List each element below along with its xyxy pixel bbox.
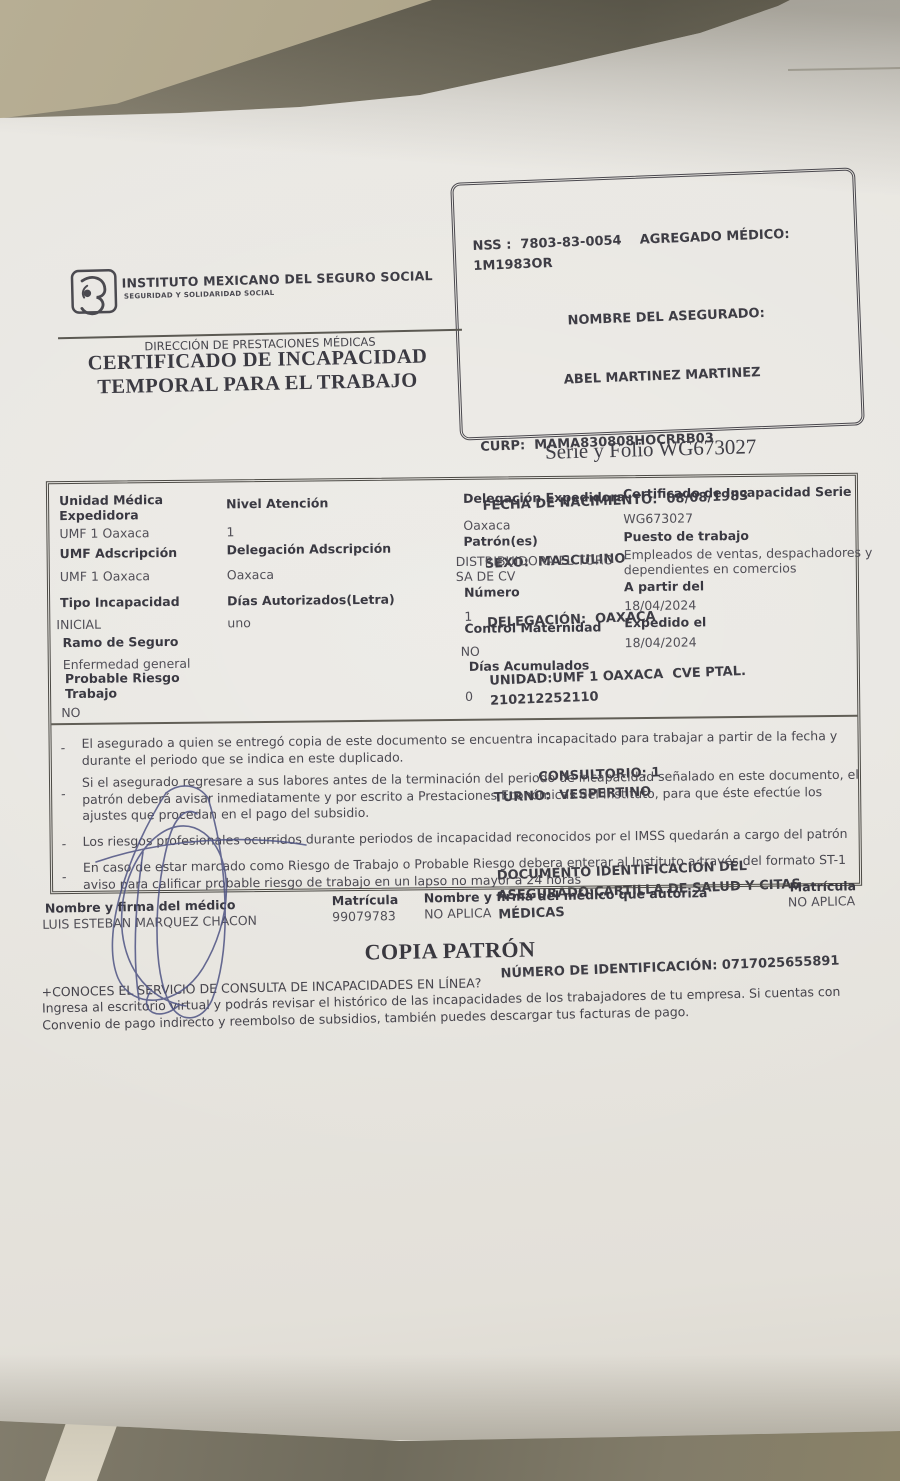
- certificate-document: NSS : 7803-83-0054 AGREGADO MÉDICO: 1M19…: [0, 0, 900, 1481]
- footer-block: +CONOCES EL SERVICIO DE CONSULTA DE INCA…: [0, 956, 900, 1055]
- field-label: Delegación Expedidora: [463, 489, 625, 506]
- field-label: Días Autorizados(Letra): [227, 592, 395, 609]
- matricula2-value: NO APLICA: [788, 893, 855, 909]
- matricula-label: Matrícula: [332, 892, 399, 908]
- document-paper: NSS : 7803-83-0054 AGREGADO MÉDICO: 1M19…: [0, 0, 900, 1481]
- authorizing-doctor-value: NO APLICA: [424, 905, 491, 921]
- field-value: Oaxaca: [463, 517, 510, 532]
- note-text: Los riesgos profesionales ocurridos dura…: [83, 826, 873, 851]
- field-value: Oaxaca: [227, 567, 274, 582]
- field-label: Delegación Adscripción: [227, 541, 392, 558]
- scanned-document-photo: NSS : 7803-83-0054 AGREGADO MÉDICO: 1M19…: [0, 0, 900, 1481]
- nss-line: NSS : 7803-83-0054 AGREGADO MÉDICO: 1M19…: [472, 223, 845, 276]
- field-label: Unidad Médica Expedidora: [59, 492, 209, 524]
- insured-info-box: NSS : 7803-83-0054 AGREGADO MÉDICO: 1M19…: [450, 167, 865, 440]
- note-dash: -: [61, 740, 66, 755]
- field-value: UMF 1 Oaxaca: [59, 525, 149, 541]
- field-label: Probable Riesgo Trabajo: [65, 670, 193, 701]
- field-value: DISTRIBUIDORA EL TORO SA DE CV: [456, 552, 634, 584]
- authorizing-doctor-label: Nombre y firma del médico que autoriza: [424, 885, 708, 905]
- field-value: 0: [465, 689, 473, 704]
- field-value: 18/04/2024: [625, 634, 697, 650]
- matricula-value: 99079783: [332, 908, 396, 924]
- field-label: Ramo de Seguro: [62, 634, 178, 650]
- field-value: 18/04/2024: [624, 597, 696, 613]
- field-label: Nivel Atención: [226, 495, 328, 511]
- note-text: Si el asegurado regresare a sus labores …: [82, 767, 870, 825]
- institute-name: INSTITUTO MEXICANO DEL SEGURO SOCIAL: [121, 268, 432, 291]
- field-label: Días Acumulados: [469, 658, 590, 674]
- field-label: UMF Adscripción: [60, 545, 178, 561]
- field-value: UMF 1 Oaxaca: [60, 568, 150, 584]
- field-label: Número: [464, 584, 520, 600]
- field-label: Patrón(es): [463, 533, 537, 549]
- field-label: Expedido el: [624, 614, 706, 630]
- note-dash: -: [61, 786, 66, 801]
- field-value: NO: [461, 644, 480, 659]
- note-dash: -: [62, 869, 67, 884]
- field-value: uno: [227, 615, 251, 630]
- insured-name: ABEL MARTINEZ MARTINEZ: [563, 359, 850, 389]
- paper-corner-strip: [44, 1422, 119, 1481]
- field-label: A partir del: [624, 578, 704, 594]
- field-value: WG673027: [623, 510, 693, 526]
- matricula2-label: Matrícula: [790, 878, 857, 894]
- field-value: INICIAL: [56, 617, 101, 632]
- note-text: El asegurado a quien se entregó copia de…: [82, 728, 860, 769]
- imss-brand-block: INSTITUTO MEXICANO DEL SEGURO SOCIAL SEG…: [65, 253, 477, 339]
- field-value: 1: [226, 524, 234, 539]
- imss-logo-icon: [69, 266, 120, 319]
- insured-name-label: NOMBRE DEL ASEGURADO:: [567, 301, 848, 331]
- table-notes-divider: [51, 715, 857, 725]
- field-value: Empleados de ventas, despachadores y dep…: [624, 545, 876, 578]
- field-label: Control Maternidad: [464, 619, 601, 635]
- field-value: NO: [61, 705, 80, 720]
- certificate-table-box: Unidad Médica Expedidora UMF 1 Oaxaca Ni…: [46, 473, 862, 894]
- doctor-name: LUIS ESTEBAN MARQUEZ CHACON: [42, 913, 257, 932]
- institute-tagline: SEGURIDAD Y SOLIDARIDAD SOCIAL: [124, 289, 275, 301]
- field-label: Puesto de trabajo: [623, 528, 749, 544]
- field-label: Tipo Incapacidad: [60, 594, 180, 610]
- note-dash: -: [62, 836, 67, 851]
- field-label: Certificado de Incapacidad Serie: [623, 484, 863, 502]
